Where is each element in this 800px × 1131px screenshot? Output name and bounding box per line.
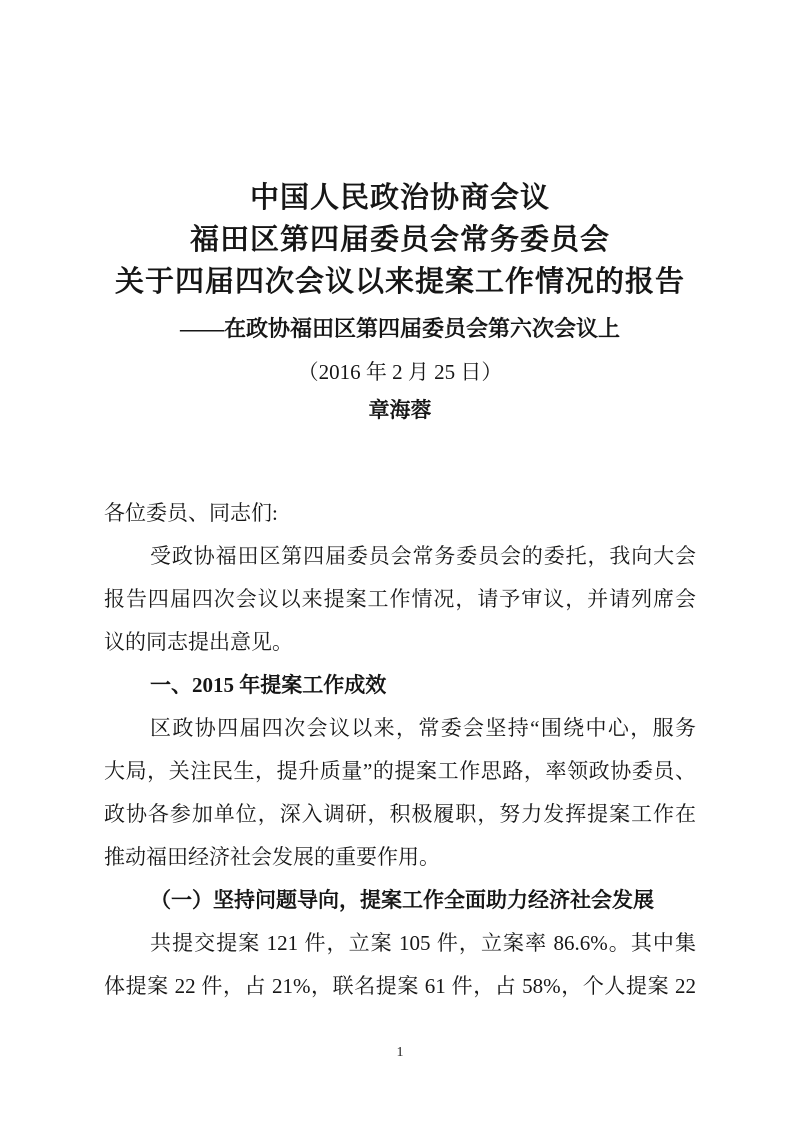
paragraph-1-line-2: 报告四届四次会议以来提案工作情况，请予审议，并请列席会 (104, 578, 696, 621)
document-page: 中国人民政治协商会议 福田区第四届委员会常务委员会 关于四届四次会议以来提案工作… (0, 0, 800, 1131)
document-body: 各位委员、同志们: 受政协福田区第四届委员会常务委员会的委托，我向大会 报告四届… (104, 492, 696, 1008)
section-heading-2: （一）坚持问题导向，提案工作全面助力经济社会发展 (104, 879, 696, 922)
document-date: （2016 年 2 月 25 日） (0, 357, 800, 387)
title-line-2: 福田区第四届委员会常务委员会 (0, 219, 800, 261)
salutation-line: 各位委员、同志们: (104, 492, 696, 535)
title-line-1: 中国人民政治协商会议 (0, 177, 800, 219)
document-subtitle: ——在政协福田区第四届委员会第六次会议上 (0, 314, 800, 344)
section-heading-1: 一、2015 年提案工作成效 (104, 664, 696, 707)
paragraph-3-line-1: 共提交提案 121 件，立案 105 件，立案率 86.6%。其中集 (104, 922, 696, 965)
paragraph-1-line-1: 受政协福田区第四届委员会常务委员会的委托，我向大会 (104, 535, 696, 578)
paragraph-1-line-3: 议的同志提出意见。 (104, 621, 696, 664)
title-line-3: 关于四届四次会议以来提案工作情况的报告 (0, 261, 800, 303)
document-author: 章海蓉 (0, 395, 800, 425)
paragraph-2-line-1: 区政协四届四次会议以来，常委会坚持“围绕中心，服务 (104, 707, 696, 750)
page-number: 1 (0, 1044, 800, 1062)
paragraph-2-line-3: 政协各参加单位，深入调研，积极履职，努力发挥提案工作在 (104, 793, 696, 836)
document-title: 中国人民政治协商会议 福田区第四届委员会常务委员会 关于四届四次会议以来提案工作… (0, 0, 800, 303)
paragraph-2-line-4: 推动福田经济社会发展的重要作用。 (104, 836, 696, 879)
paragraph-2-line-2: 大局，关注民生，提升质量”的提案工作思路，率领政协委员、 (104, 750, 696, 793)
paragraph-3-line-2: 体提案 22 件，占 21%，联名提案 61 件，占 58%，个人提案 22 (104, 965, 696, 1008)
